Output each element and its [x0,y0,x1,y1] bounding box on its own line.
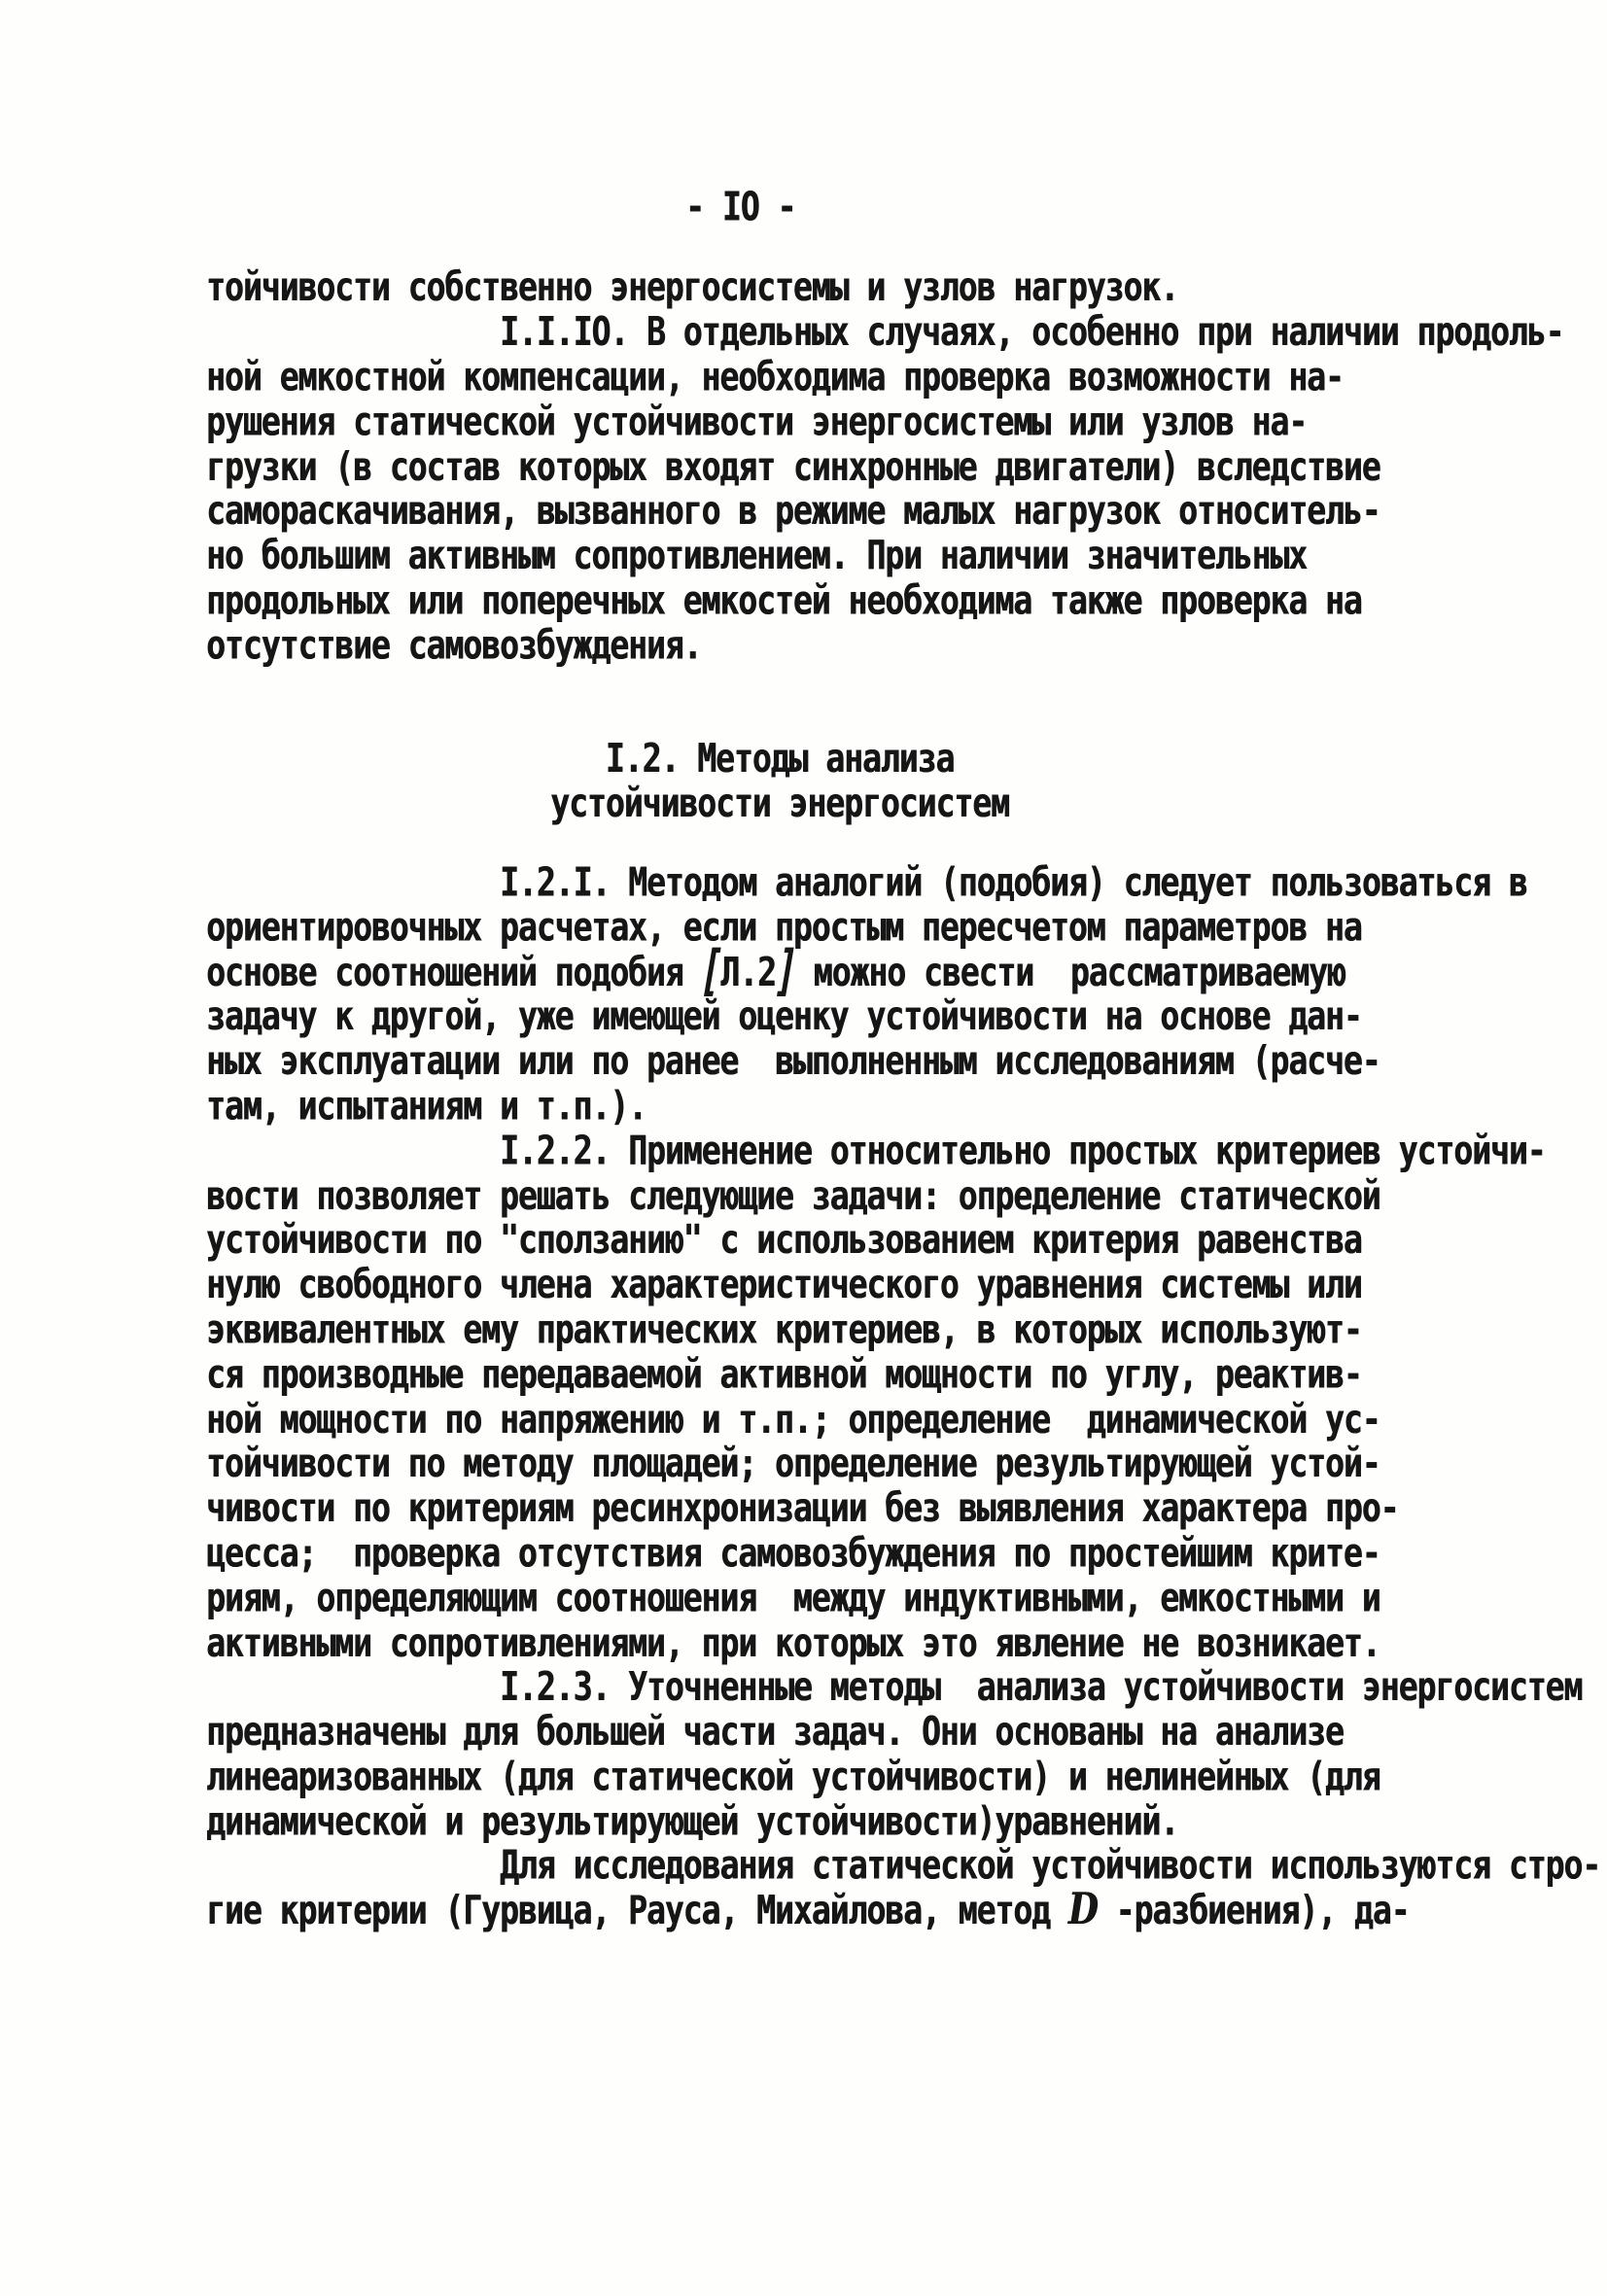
page-text-wrapper: - IО - тойчивости собственно энергосисте… [0,185,1607,1933]
text-line: устойчивости по "сползанию" с использова… [206,1218,1607,1263]
text-line: тойчивости собственно энергосистемы и уз… [206,265,1607,310]
text-line: эквивалентных ему практических критериев… [206,1307,1607,1352]
text-segment: основе соотношений подобия [206,947,701,994]
text-line: задачу к другой, уже имеющей оценку усто… [206,994,1607,1039]
text-segment: -разбиения), да- [1098,1886,1410,1933]
text-line: риям, определяющим соотношения между инд… [206,1576,1607,1620]
text-line: самораскачивания, вызванного в режиме ма… [206,489,1607,534]
text-segment: можно свести рассматриваемую [795,947,1345,994]
text-line: предназначены для большей части задач. О… [206,1710,1607,1755]
text-line: I.2.2. Применение относительно простых к… [206,1129,1607,1173]
text-line: продольных или поперечных емкостей необх… [206,578,1607,623]
text-line: грузки (в состав которых входят синхронн… [206,444,1607,489]
paragraph-1-2-3: I.2.3. Уточненные методы анализа устойчи… [0,1665,1607,1844]
text-line: I.I.IО. В отдельных случаях, особенно пр… [206,310,1607,355]
paragraph-1-2-1: I.2.I. Методом аналогий (подобия) следуе… [0,860,1607,1129]
math-symbol-d: D [1068,1885,1098,1934]
text-line: ной емкостной компенсации, необходима пр… [206,355,1607,400]
text-line: I.2.I. Методом аналогий (подобия) следуе… [206,860,1607,905]
text-line: ориентировочных расчетах, если простым п… [206,905,1607,950]
document-page: - IО - тойчивости собственно энергосисте… [0,0,1607,2296]
section-heading-1-2: I.2. Методы анализа устойчивости энергос… [0,737,1607,826]
paragraph-closing: Для исследования статической устойчивост… [0,1844,1607,1933]
text-line: I.2.3. Уточненные методы анализа устойчи… [206,1665,1607,1710]
text-line: вости позволяет решать следующие задачи:… [206,1173,1607,1218]
heading-line: I.2. Методы анализа [206,737,1353,782]
text-line: активными сопротивлениями, при которых э… [206,1620,1607,1665]
text-line: рушения статической устойчивости энергос… [206,400,1607,444]
text-line: Для исследования статической устойчивост… [206,1844,1607,1889]
reference-label: Л.2 [720,947,776,994]
text-line-with-formula: гие критерии (Гурвица, Рауса, Михайлова,… [206,1889,1607,1933]
paragraph-1-2-2: I.2.2. Применение относительно простых к… [0,1129,1607,1665]
text-line: тойчивости по методу площадей; определен… [206,1442,1607,1486]
text-line: динамической и результирующей устойчивос… [206,1799,1607,1844]
text-line: ной мощности по напряжению и т.п.; опред… [206,1397,1607,1442]
text-line-with-reference: основе соотношений подобия [Л.2] можно с… [206,950,1607,994]
text-line: ных эксплуатации или по ранее выполненны… [206,1039,1607,1084]
text-segment: гие критерии (Гурвица, Рауса, Михайлова,… [206,1886,1068,1933]
paragraph-1-1-10: тойчивости собственно энергосистемы и уз… [0,265,1607,668]
heading-line: устойчивости энергосистем [206,782,1353,826]
text-line: чивости по критериям ресинхронизации без… [206,1486,1607,1531]
text-line: цесса; проверка отсутствия самовозбужден… [206,1531,1607,1576]
text-line: но большим активным сопротивлением. При … [206,534,1607,578]
text-line: отсутствие самовозбуждения. [206,623,1607,668]
text-line: нулю свободного члена характеристическог… [206,1263,1607,1307]
text-line: ся производные передаваемой активной мощ… [206,1352,1607,1397]
text-line: там, испытаниям и т.п.). [206,1084,1607,1129]
text-line: линеаризованных (для статической устойчи… [206,1755,1607,1799]
page-number: - IО - [685,185,880,229]
